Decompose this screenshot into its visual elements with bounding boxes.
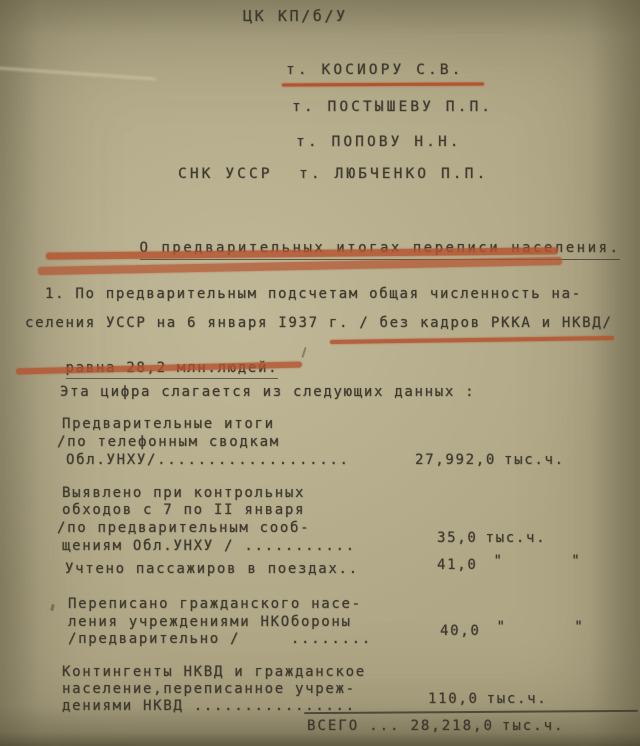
paragraph1-line2-pre: селения УССР на 6 января I937 г. / <box>25 315 380 331</box>
recipient-postyshev: т. ПОСТЫШЕВУ П.П. <box>292 100 493 115</box>
document-photo: ЦК КП/б/У т. КОСИОРУ С.В. т. ПОСТЫШЕВУ П… <box>0 0 640 746</box>
item3-ditto-marks: " " <box>494 553 591 569</box>
item5-unit: тыс.ч. <box>487 691 548 707</box>
recipient-snk-ussr: СНК УССР <box>178 167 273 182</box>
item2-line1: Выявлено при контрольных <box>62 486 305 501</box>
total-line: ВСЕГО...28,218,0тыс.ч. <box>307 719 564 734</box>
red-underline-kosior <box>282 82 484 86</box>
intro-line: Эта цифра слагается из следующих данных … <box>60 385 475 400</box>
recipient-popov: т. ПОПОВУ Н.Н. <box>296 135 462 150</box>
item5-line2: население,переписанное учреж- <box>62 682 356 697</box>
item4-value-line: 40,0" " <box>440 624 594 639</box>
recipient-kosior: т. КОСИОРУ С.В. <box>286 63 463 78</box>
item1-line3: Обл.УНХУ/................... <box>66 453 350 468</box>
item5-line1: Контингенты НКВД и гражданское <box>62 665 366 680</box>
item1-line2: /по телефонным сводкам <box>57 435 280 450</box>
item4-ditto-marks: " " <box>497 619 594 635</box>
item5-value-line: 110,0тыс.ч. <box>428 692 547 707</box>
item3-value-line: 41,0" " <box>437 558 591 573</box>
item1-value: 27,992,0 <box>415 452 496 468</box>
paragraph1-line2-post: / <box>602 315 612 331</box>
item2-unit: тыс.ч. <box>486 530 547 546</box>
item4-value: 40,0 <box>440 623 481 639</box>
item4-line3: /предварительно / ........ <box>68 632 372 647</box>
total-dots: ... <box>369 718 400 734</box>
item1-value-line: 27,992,0тыс.ч. <box>415 453 565 468</box>
item2-line3: /по предварительным сооб- <box>57 521 310 536</box>
total-unit: тыс.ч. <box>502 718 565 734</box>
org-heading: ЦК КП/б/У <box>243 9 348 24</box>
item4-line2: ления учреждениями НКОбороны <box>68 615 352 630</box>
paper-crease <box>0 66 156 80</box>
stray-comma-mark <box>50 604 55 612</box>
item5-value: 110,0 <box>428 691 479 707</box>
item2-line4: щениям Обл.УНХУ / ........... <box>62 539 356 554</box>
paragraph1-line1: 1. По предварительным подсчетам общая чи… <box>45 287 582 302</box>
item2-line2: обходов с 7 по II января <box>62 503 305 518</box>
item2-value: 35,0 <box>437 530 478 546</box>
pencil-mark <box>301 347 306 358</box>
red-underline-rkka-nkvd <box>330 336 614 344</box>
total-label: ВСЕГО <box>307 718 359 734</box>
item3-value: 41,0 <box>437 557 478 573</box>
recipient-lyubchenko: т. ЛЮБЧЕНКО П.П. <box>299 167 488 182</box>
total-value: 28,218,0 <box>410 718 493 734</box>
paragraph1-line2-marked: без кадров РККА и НКВД <box>380 315 603 331</box>
item1-line1: Предварительные итоги <box>62 417 275 432</box>
item2-value-line: 35,0тыс.ч. <box>437 531 546 546</box>
item1-unit: тыс.ч. <box>504 452 565 468</box>
item4-line1: Переписано гражданского насе- <box>68 597 362 612</box>
paragraph1-line2: селения УССР на 6 января I937 г. / без к… <box>25 316 613 331</box>
item3-line1: Учтено пассажиров в поездах.. <box>65 562 359 577</box>
